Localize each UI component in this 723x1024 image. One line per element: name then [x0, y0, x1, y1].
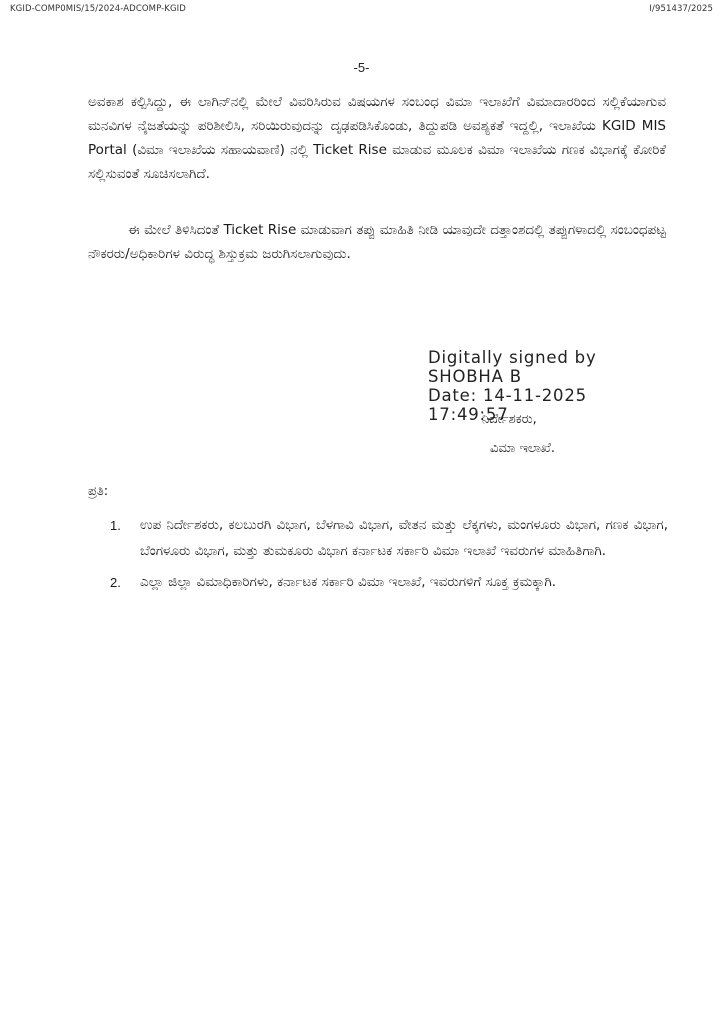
- copy-to-item: 1. ಉಪ ನಿರ್ದೇಶಕರು, ಕಲಬುರಗಿ ವಿಭಾಗ, ಬೆಳಗಾವಿ…: [108, 513, 668, 564]
- file-reference-right: I/951437/2025: [649, 4, 713, 14]
- signature-date: Date: 14-11-2025: [428, 386, 597, 405]
- file-reference-left: KGID-COMP0MIS/15/2024-ADCOMP-KGID: [10, 4, 186, 14]
- item-number: 1.: [110, 513, 121, 539]
- body-paragraph-1: ಅವಕಾಶ ಕಲ್ಪಿಸಿದ್ದು, ಈ ಲಾಗಿನ್‌ನಲ್ಲಿ ಮೇಲೆ ವ…: [88, 90, 666, 186]
- copy-to-item: 2. ಎಲ್ಲಾ ಜಿಲ್ಲಾ ವಿಮಾಧಿಕಾರಿಗಳು, ಕರ್ನಾಟಕ ಸ…: [108, 570, 668, 596]
- signer-department: ವಿಮಾ ಇಲಾಖೆ.: [490, 441, 555, 456]
- item-text: ಎಲ್ಲಾ ಜಿಲ್ಲಾ ವಿಮಾಧಿಕಾರಿಗಳು, ಕರ್ನಾಟಕ ಸರ್ಕ…: [140, 574, 556, 590]
- page-number: -5-: [0, 60, 723, 75]
- signature-line: Digitally signed by: [428, 348, 597, 367]
- item-number: 2.: [110, 570, 121, 596]
- body-paragraph-2: ಈ ಮೇಲೆ ತಿಳಿಸಿದಂತೆ Ticket Rise ಮಾಡುವಾಗ ತಪ…: [88, 218, 666, 266]
- copy-to-list: 1. ಉಪ ನಿರ್ದೇಶಕರು, ಕಲಬುರಗಿ ವಿಭಾಗ, ಬೆಳಗಾವಿ…: [108, 513, 668, 602]
- signer-designation: ನಿರ್ದೇಶಕರು,: [482, 412, 537, 427]
- signer-name: SHOBHA B: [428, 367, 597, 386]
- copy-to-label: ಪ್ರತಿ:: [88, 484, 108, 499]
- item-text: ಉಪ ನಿರ್ದೇಶಕರು, ಕಲಬುರಗಿ ವಿಭಾಗ, ಬೆಳಗಾವಿ ವಿ…: [140, 517, 668, 559]
